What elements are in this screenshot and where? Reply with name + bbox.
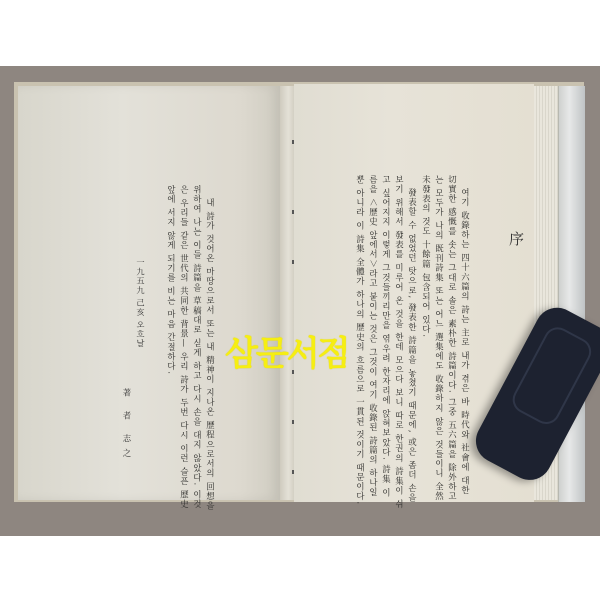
watermark: 삼문서점 <box>225 326 348 375</box>
binding-stitch <box>292 470 294 474</box>
book-gutter <box>280 86 294 500</box>
preface-date: 一九五九 己亥 오흐날 <box>136 258 147 348</box>
preface-title: 序 <box>509 228 524 249</box>
preface-column: 여기 收錄하는 四十六篇의 詩는 主로 내가 겪은 바 時代와 社會에 대한 <box>461 188 469 495</box>
preface-column: 내 詩가 것어온 마땅으로서 또는 내 精神이 지나온 歷程으로서의 回想을 <box>206 198 214 511</box>
preface-column: 위하여 나는 이들 詩篇을 草稿대로 싣게 하고 다시 손을 대지 않았다. 이… <box>193 185 201 509</box>
preface-column: 未發表의 것도 十餘篇 包含되어 있다. <box>422 175 430 338</box>
preface-column: 發表할 수 없었던 탓으로, 發表한 詩篇을 놓쳤기 때문에, 或은 좀더 손을 <box>408 188 416 503</box>
preface-signature: 著 者 志之 <box>121 388 133 463</box>
preface-column: 앞에 서지 않게 되기를 비는 마음 간절하다. <box>167 185 175 375</box>
left-page <box>18 86 280 500</box>
bottom-margin <box>0 536 600 600</box>
preface-column: 은 우리들 같은 世代의 共同한 背景— 우리 詩가 두번 다시 이런 슬픈 歷… <box>180 185 188 509</box>
preface-column: 고 싶어지지 이렇게 그것들끼리만을 엮우려 한자리에 앉혀보았다. 詩集 이 <box>382 175 390 497</box>
preface-column: 切實한 感慨를 솟는 그대로 솔은 素朴한 詩篇이다. 그중 五六篇을 除外하고 <box>448 175 456 501</box>
binding-stitch <box>292 210 294 214</box>
preface-column: 름을 ＜歷史 앞에서＞라고 붙이는 것은 그것이 여기 收錄된 詩篇의 하나일 <box>369 175 377 497</box>
binding-stitch <box>292 140 294 144</box>
preface-column: 뿐 아니라 이 詩集 全體가 하나의 歷史의 흐름으로 一貫된 것이기 때문이다… <box>356 175 364 505</box>
preface-column: 보기 위해서 發表를 미루어 온 것을 한데 모으다 보니 따로 한권의 詩集이… <box>395 175 403 509</box>
binding-stitch <box>292 420 294 424</box>
preface-column: 는 모두가 나의 既刊詩集 또는 어느 選集에도 收錄하지 않은 것들이니 全然 <box>435 175 443 501</box>
binding-stitch <box>292 260 294 264</box>
